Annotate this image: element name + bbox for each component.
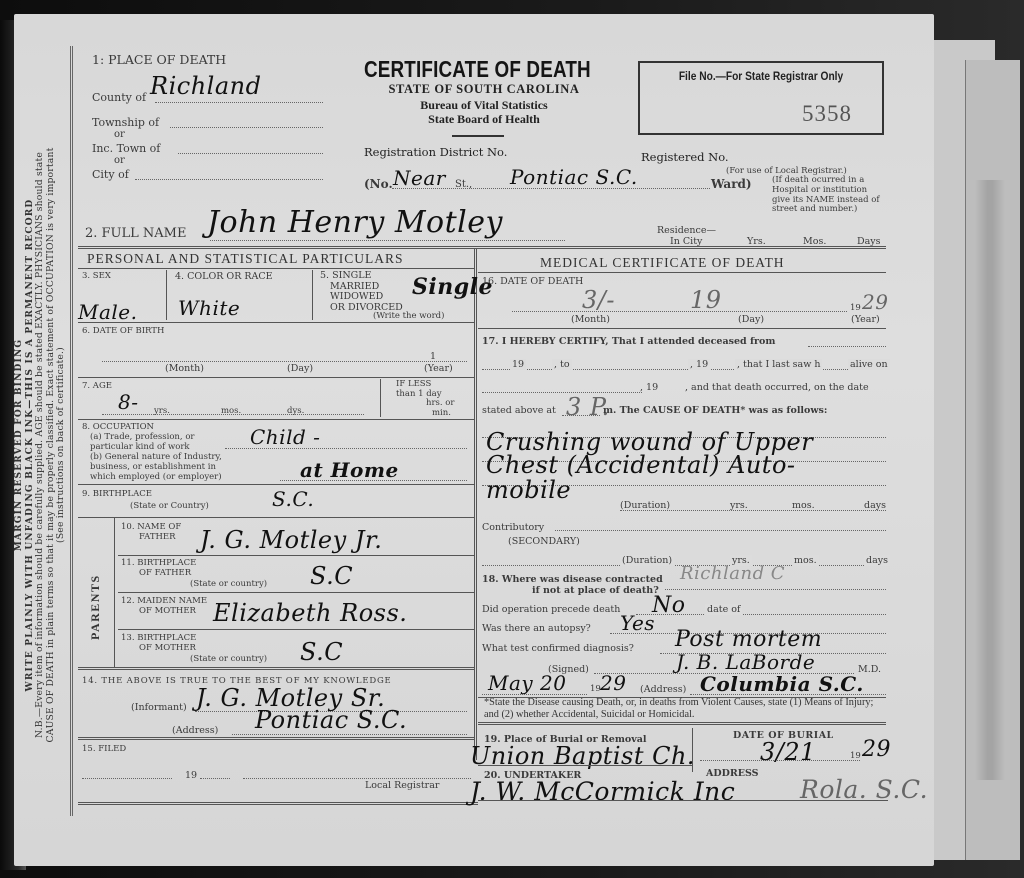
frame-border — [70, 46, 73, 816]
informant-address-label: (Address) — [172, 725, 218, 736]
local-registrar-label: Local Registrar — [365, 780, 439, 791]
informant-label: (Informant) — [131, 702, 187, 713]
sex-value: Male. — [78, 300, 138, 324]
occupation-value: Child - — [250, 425, 320, 449]
date-of-death-label: 16. DATE OF DEATH — [482, 276, 583, 287]
parents-label: PARENTS — [88, 550, 108, 640]
marital-status-label: 5. SINGLE MARRIED WIDOWED OR DIVORCED — [320, 271, 403, 313]
physician-signature: J. B. LaBorde — [676, 650, 815, 674]
contracted-value: Richland C — [680, 563, 785, 584]
marital-status-value: Single — [412, 274, 493, 300]
father-name-label: 10. NAME OF FATHER — [121, 522, 181, 542]
operation-label: Did operation precede death — [482, 604, 620, 615]
file-box-label: File No.—For State Registrar Only — [658, 69, 864, 83]
undertaker-value: J. W. McCormick Inc — [470, 777, 735, 806]
father-birthplace-label: 11. BIRTHPLACE OF FATHER — [121, 558, 196, 578]
contracted-label: 18. Where was disease contracted if not … — [482, 574, 663, 596]
medical-certificate-heading: MEDICAL CERTIFICATE OF DEATH — [540, 255, 785, 271]
industry-value: at Home — [300, 458, 399, 482]
death-month-value: 3/- — [582, 286, 615, 314]
mother-birthplace-label: 13. BIRTHPLACE OF MOTHER — [121, 633, 196, 653]
diagnosis-test-label: What test confirmed diagnosis? — [482, 643, 634, 654]
ward-label: Ward) — [711, 177, 752, 191]
age-value: 8- — [118, 390, 138, 414]
death-year-value: 29 — [862, 290, 888, 314]
bureau-name: Bureau of Vital Statistics State Board o… — [364, 98, 604, 126]
county-value: Richland — [150, 72, 261, 100]
race-value: White — [178, 296, 240, 320]
cause-footnote: *State the Disease causing Death, or, in… — [484, 697, 886, 720]
birthplace-value: S.C. — [272, 487, 314, 511]
certify-line-1: 17. I HEREBY CERTIFY, That I attended de… — [482, 336, 775, 347]
inc-town-label: Inc. Town of — [92, 142, 160, 155]
age-label: 7. AGE — [82, 381, 112, 391]
father-name-value: J. G. Motley Jr. — [200, 526, 382, 554]
operation-value: No — [652, 593, 686, 618]
burial-date-value: 3/21 — [760, 738, 816, 766]
page-shadow — [975, 180, 1005, 780]
margin-binding-note: MARGIN RESERVED FOR BINDING — [14, 60, 25, 830]
mother-name-value: Elizabeth Ross. — [213, 599, 407, 627]
autopsy-label: Was there an autopsy? — [482, 623, 591, 634]
margin-nb-note-1: N.B.—Every item of information should be… — [35, 60, 46, 830]
personal-particulars-heading: PERSONAL AND STATISTICAL PARTICULARS — [87, 251, 404, 267]
full-name-value: John Henry Motley — [207, 205, 503, 240]
place-of-death-label: 1: PLACE OF DEATH — [92, 52, 226, 67]
hospital-note: (If death ocurred in a Hospital or insti… — [772, 176, 884, 215]
street-value: Near — [393, 166, 446, 190]
title-divider — [452, 135, 504, 137]
occupation-label: 8. OCCUPATION (a) Trade, profession, or … — [82, 422, 222, 482]
city-label: City of — [92, 168, 129, 181]
street-prefix: (No. — [364, 177, 393, 191]
state-name: STATE OF SOUTH CAROLINA — [364, 82, 604, 97]
physician-address-value: Columbia S.C. — [700, 672, 864, 696]
file-number: 5358 — [802, 101, 852, 127]
margin-instructions-note: (See instructions on back of certificate… — [56, 60, 67, 830]
cause-of-death-line-3: mobile — [486, 476, 571, 504]
mother-name-label: 12. MAIDEN NAME OF MOTHER — [121, 596, 207, 616]
birthplace-label: 9. BIRTHPLACE — [82, 489, 152, 499]
physician-address-label: (Address) — [640, 684, 686, 695]
father-birthplace-value: S.C — [310, 562, 353, 590]
sex-label: 3. SEX — [82, 271, 111, 281]
mother-birthplace-value: S.C — [300, 638, 343, 666]
race-label: 4. COLOR OR RACE — [175, 271, 273, 282]
contributory-label: Contributory — [482, 522, 544, 533]
burial-year-value: 29 — [862, 737, 891, 762]
autopsy-value: Yes — [620, 611, 655, 635]
if-less-than-day: IF LESS than 1 day hrs. or min. — [396, 380, 454, 418]
signature-date-value: May 20 — [488, 671, 567, 695]
margin-notes: MARGIN RESERVED FOR BINDING WRITE PLAINL… — [14, 60, 58, 830]
file-number-box: File No.—For State Registrar Only 5358 — [638, 61, 884, 135]
certificate-title: CERTIFICATE OF DEATH — [364, 56, 591, 83]
marital-hint: (Write the word) — [373, 311, 444, 321]
death-day-value: 19 — [690, 286, 722, 314]
filed-label: 15. FILED — [82, 744, 126, 754]
diagnosis-test-value: Post mortem — [675, 627, 822, 652]
township-label: Township of — [92, 116, 159, 129]
registered-no-label: Registered No. — [641, 150, 729, 164]
full-name-label: 2. FULL NAME — [85, 226, 186, 241]
registration-district-label: Registration District No. — [364, 145, 507, 159]
date-of-birth-label: 6. DATE OF BIRTH — [82, 326, 164, 336]
signature-year-value: 29 — [600, 671, 626, 695]
county-label: County of — [92, 91, 146, 104]
ward-value: Pontiac S.C. — [510, 165, 638, 189]
cause-of-death-line-2: Chest (Accidental) Auto- — [486, 451, 796, 479]
informant-address-value: Pontiac S.C. — [255, 706, 407, 734]
